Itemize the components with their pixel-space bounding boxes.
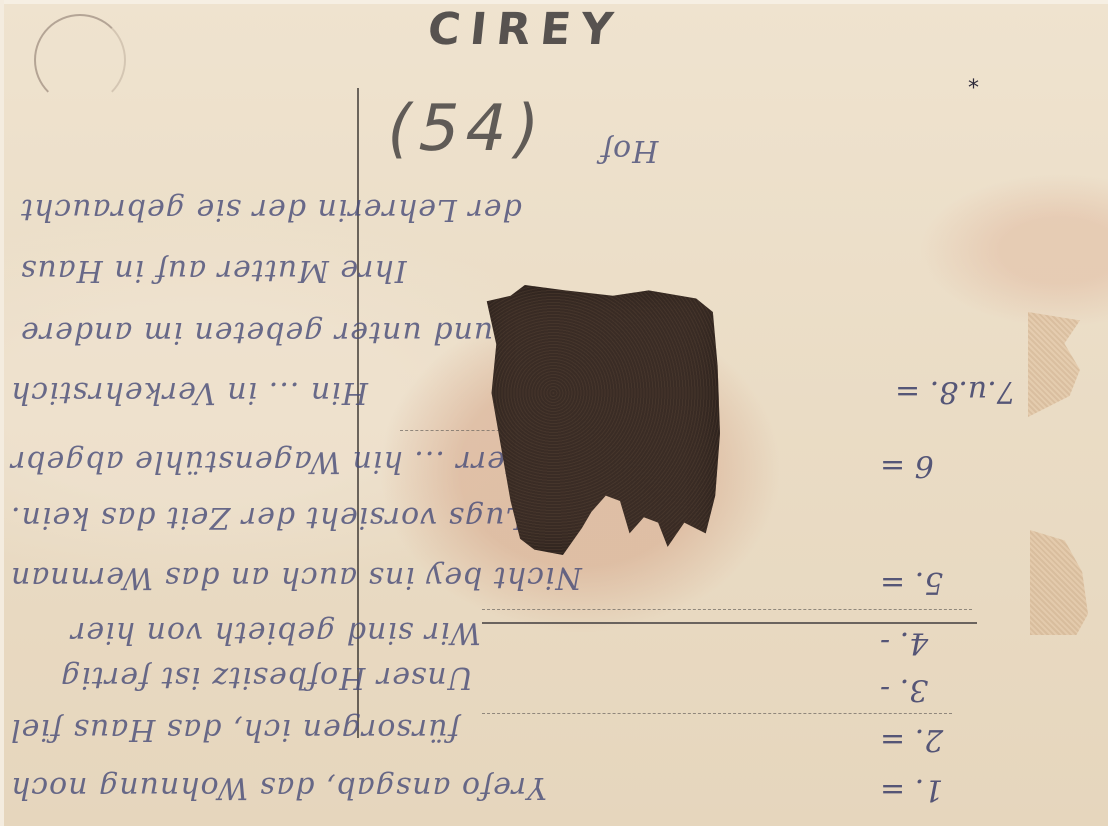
dotted-rule	[400, 430, 510, 431]
item-number: 7.u.8. =	[895, 374, 1016, 409]
item-number: 4. -	[880, 625, 928, 660]
postcard: CIREY (54) * Hof der Lehrerin der sie ge…	[0, 0, 1108, 826]
handwritten-line: Nicht bey ins auch an das Wernnan	[10, 560, 582, 595]
divider-horizontal	[482, 622, 977, 624]
item-number: 6 =	[880, 448, 934, 483]
handwritten-line: fürsorgen ich, das Haus fiel	[10, 712, 460, 747]
stamp-hinge-remnant	[1030, 530, 1088, 635]
asterisk-mark: *	[968, 76, 979, 101]
handwritten-line: Lugs vorsieht der Zeit das kein.	[10, 500, 525, 535]
handwritten-line: Unser Hofbesitz ist fertig	[60, 660, 473, 695]
torn-stamp-remnant	[482, 285, 720, 555]
handwritten-line: der Lehrerin der sie gebraucht	[20, 192, 522, 227]
pencil-number: (54)	[380, 92, 551, 166]
item-number: 3. -	[880, 672, 928, 707]
stamp-hinge-remnant	[1028, 312, 1080, 417]
item-number: 2. =	[880, 722, 943, 757]
item-number: 5. =	[880, 565, 943, 600]
handwritten-line: Ihre Mutter auf in Haus	[20, 253, 407, 288]
paper-edge-left	[0, 0, 4, 826]
postmark-circle	[34, 14, 126, 106]
pencil-title: CIREY	[425, 4, 625, 55]
handwritten-line: und unter gebeten im andere	[20, 315, 493, 350]
handwritten-line: Hin ... in Verkehrstich	[10, 375, 368, 410]
item-number: 1. =	[880, 772, 943, 807]
handwritten-line: Yrefo ansgab, das Wohnung noch	[10, 770, 547, 805]
dotted-rule	[482, 713, 952, 714]
handwritten-line: Hof	[600, 133, 658, 168]
handwritten-line: Wir sind gebieth von hier	[70, 615, 481, 650]
dotted-rule	[482, 609, 972, 610]
handwritten-line: Herr ... hin Wagenstühle abgebr	[10, 444, 532, 479]
